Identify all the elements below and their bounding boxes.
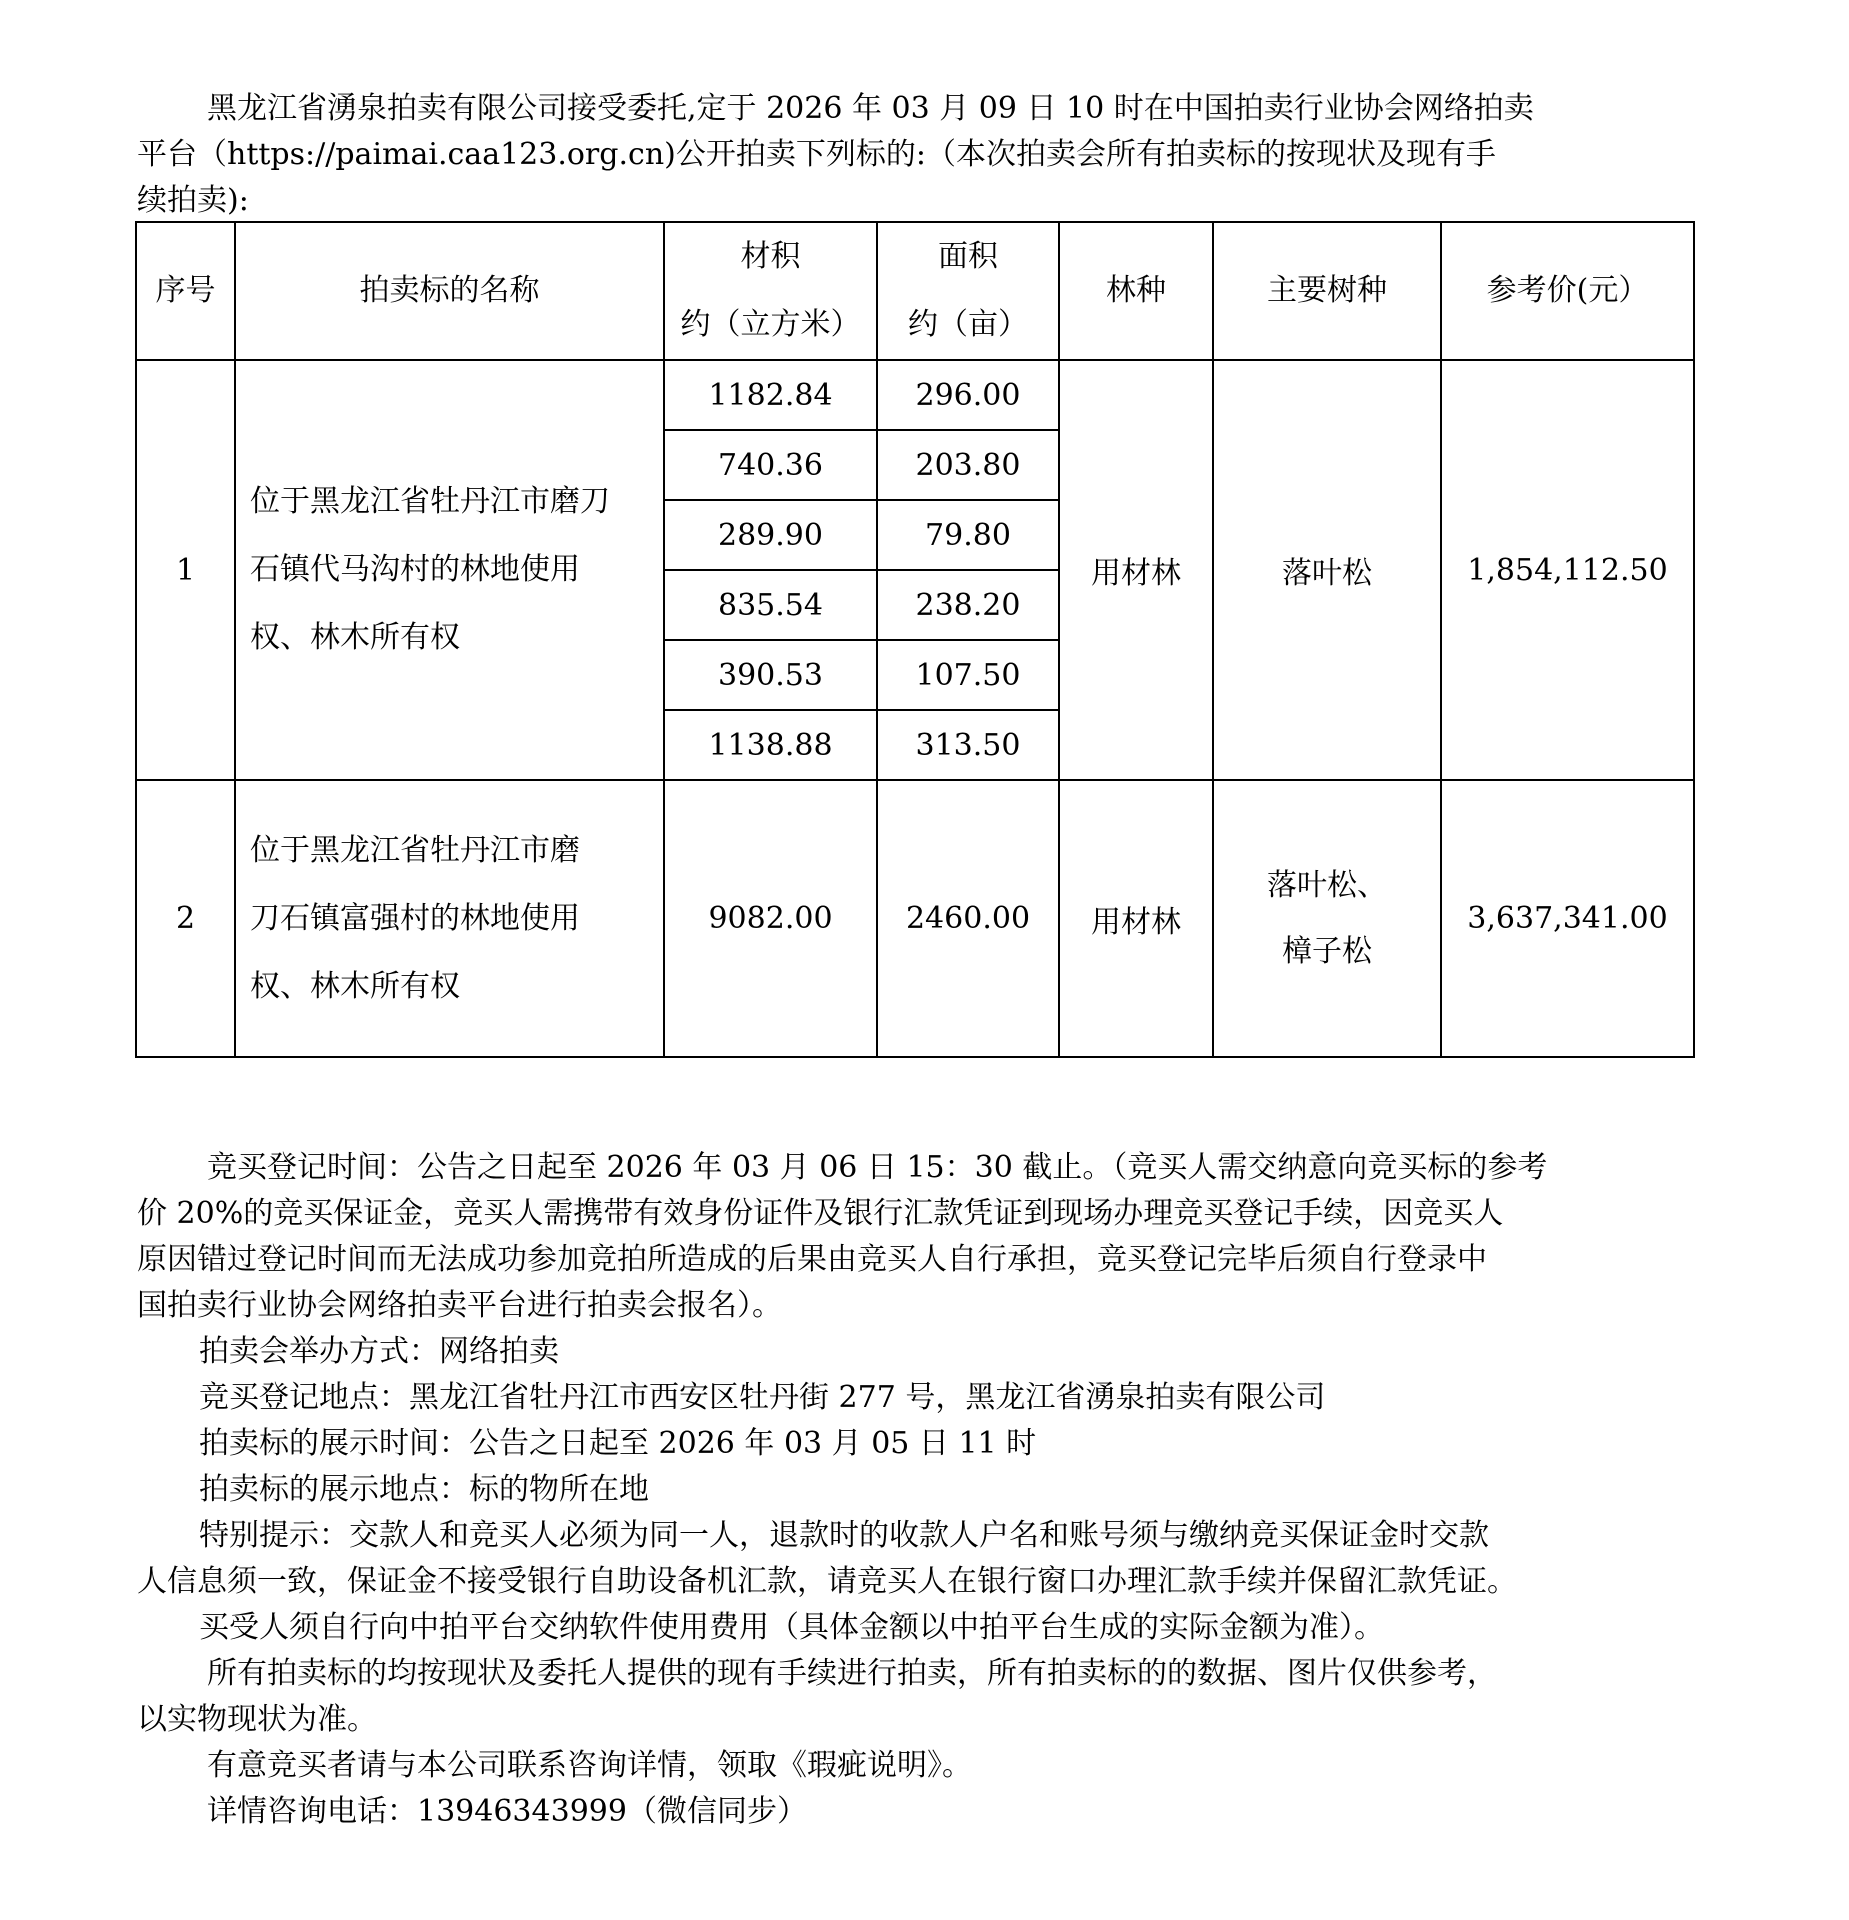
- intro-paragraph: 黑龙江省湧泉拍卖有限公司接受委托,定于 2026 年 03 月 09 日 10 …: [137, 86, 1737, 224]
- lot-2-seq: 2: [136, 780, 235, 1057]
- lot-2-name-line3: 权、林木所有权: [250, 953, 663, 1021]
- display-place: 拍卖标的展示地点：标的物所在地: [137, 1467, 1737, 1513]
- header-seq: 序号: [136, 222, 235, 360]
- intro-line-1: 黑龙江省湧泉拍卖有限公司接受委托,定于 2026 年 03 月 09 日 10 …: [137, 86, 1737, 132]
- lot-1-name-line2: 石镇代马沟村的林地使用: [250, 536, 663, 604]
- lot-2-name-line2: 刀石镇富强村的林地使用: [250, 885, 663, 953]
- contact-invitation: 有意竞买者请与本公司联系咨询详情，领取《瑕疵说明》。: [137, 1743, 1737, 1789]
- status-note-line-2: 以实物现状为准。: [137, 1697, 1737, 1743]
- header-volume: 材积 约（立方米）: [664, 222, 877, 360]
- lot-2-species-line2: 樟子松: [1214, 919, 1440, 985]
- lot-1-volume-3: 289.90: [664, 500, 877, 570]
- registration-line-4: 国拍卖行业协会网络拍卖平台进行拍卖会报名）。: [137, 1283, 1737, 1329]
- special-note-line-1: 特别提示：交款人和竞买人必须为同一人，退款时的收款人户名和账号须与缴纳竞买保证金…: [137, 1513, 1737, 1559]
- lot-1-volume-4: 835.54: [664, 570, 877, 640]
- header-price: 参考价(元）: [1441, 222, 1694, 360]
- status-note-line-1: 所有拍卖标的均按现状及委托人提供的现有手续进行拍卖，所有拍卖标的的数据、图片仅供…: [137, 1651, 1737, 1697]
- lot-1-area-2: 203.80: [877, 430, 1059, 500]
- lot-2-name: 位于黑龙江省牡丹江市磨 刀石镇富强村的林地使用 权、林木所有权: [235, 780, 664, 1057]
- lot-1-species: 落叶松: [1213, 360, 1441, 780]
- lot-1-price: 1,854,112.50: [1441, 360, 1694, 780]
- display-time: 拍卖标的展示时间：公告之日起至 2026 年 03 月 05 日 11 时: [137, 1421, 1737, 1467]
- registration-location: 竞买登记地点：黑龙江省牡丹江市西安区牡丹街 277 号，黑龙江省湧泉拍卖有限公司: [137, 1375, 1737, 1421]
- lot-1-name-line1: 位于黑龙江省牡丹江市磨刀: [250, 468, 663, 536]
- lot-2-forest-type: 用材林: [1059, 780, 1213, 1057]
- lot-1-area-5: 107.50: [877, 640, 1059, 710]
- software-fee-note: 买受人须自行向中拍平台交纳软件使用费用（具体金额以中拍平台生成的实际金额为准）。: [137, 1605, 1737, 1651]
- lot-1-forest-type: 用材林: [1059, 360, 1213, 780]
- lot-2-volume: 9082.00: [664, 780, 877, 1057]
- lot-2-area: 2460.00: [877, 780, 1059, 1057]
- lot-2-price: 3,637,341.00: [1441, 780, 1694, 1057]
- lot-1-area-3: 79.80: [877, 500, 1059, 570]
- lot-1-area-1: 296.00: [877, 360, 1059, 430]
- intro-line-2: 平台（https://paimai.caa123.org.cn)公开拍卖下列标的…: [137, 132, 1737, 178]
- lot-2-species-line1: 落叶松、: [1214, 853, 1440, 919]
- header-forest-type: 林种: [1059, 222, 1213, 360]
- auction-lots-table: 序号 拍卖标的名称 材积 约（立方米） 面积 约（亩） 林种 主要树种 参考价(…: [135, 221, 1695, 1058]
- header-area-line2: 约（亩）: [878, 291, 1058, 359]
- lot-1-seq: 1: [136, 360, 235, 780]
- header-area-line1: 面积: [878, 223, 1058, 291]
- header-volume-line2: 约（立方米）: [665, 291, 876, 359]
- auction-method: 拍卖会举办方式：网络拍卖: [137, 1329, 1737, 1375]
- table-header-row: 序号 拍卖标的名称 材积 约（立方米） 面积 约（亩） 林种 主要树种 参考价(…: [136, 222, 1694, 360]
- intro-line-3: 续拍卖):: [137, 178, 1737, 224]
- lot-1-volume-1: 1182.84: [664, 360, 877, 430]
- lot-1-volume-5: 390.53: [664, 640, 877, 710]
- lot-2-name-line1: 位于黑龙江省牡丹江市磨: [250, 817, 663, 885]
- contact-phone: 详情咨询电话：13946343999（微信同步）: [137, 1789, 1737, 1835]
- lot-1-area-4: 238.20: [877, 570, 1059, 640]
- header-species: 主要树种: [1213, 222, 1441, 360]
- table-row: 2 位于黑龙江省牡丹江市磨 刀石镇富强村的林地使用 权、林木所有权 9082.0…: [136, 780, 1694, 1057]
- lot-1-volume-2: 740.36: [664, 430, 877, 500]
- registration-line-2: 价 20%的竞买保证金，竞买人需携带有效身份证件及银行汇款凭证到现场办理竞买登记…: [137, 1191, 1737, 1237]
- lot-1-area-6: 313.50: [877, 710, 1059, 780]
- registration-paragraph: 竞买登记时间：公告之日起至 2026 年 03 月 06 日 15：30 截止。…: [137, 1145, 1737, 1329]
- header-area: 面积 约（亩）: [877, 222, 1059, 360]
- table-row: 1 位于黑龙江省牡丹江市磨刀 石镇代马沟村的林地使用 权、林木所有权 1182.…: [136, 360, 1694, 430]
- lot-1-volume-6: 1138.88: [664, 710, 877, 780]
- lot-2-species: 落叶松、 樟子松: [1213, 780, 1441, 1057]
- header-name: 拍卖标的名称: [235, 222, 664, 360]
- registration-line-3: 原因错过登记时间而无法成功参加竞拍所造成的后果由竞买人自行承担，竞买登记完毕后须…: [137, 1237, 1737, 1283]
- lot-1-name: 位于黑龙江省牡丹江市磨刀 石镇代马沟村的林地使用 权、林木所有权: [235, 360, 664, 780]
- details-block: 拍卖会举办方式：网络拍卖 竞买登记地点：黑龙江省牡丹江市西安区牡丹街 277 号…: [137, 1329, 1737, 1835]
- registration-line-1: 竞买登记时间：公告之日起至 2026 年 03 月 06 日 15：30 截止。…: [137, 1145, 1737, 1191]
- special-note-line-2: 人信息须一致，保证金不接受银行自助设备机汇款，请竞买人在银行窗口办理汇款手续并保…: [137, 1559, 1737, 1605]
- lot-1-name-line3: 权、林木所有权: [250, 604, 663, 672]
- header-volume-line1: 材积: [665, 223, 876, 291]
